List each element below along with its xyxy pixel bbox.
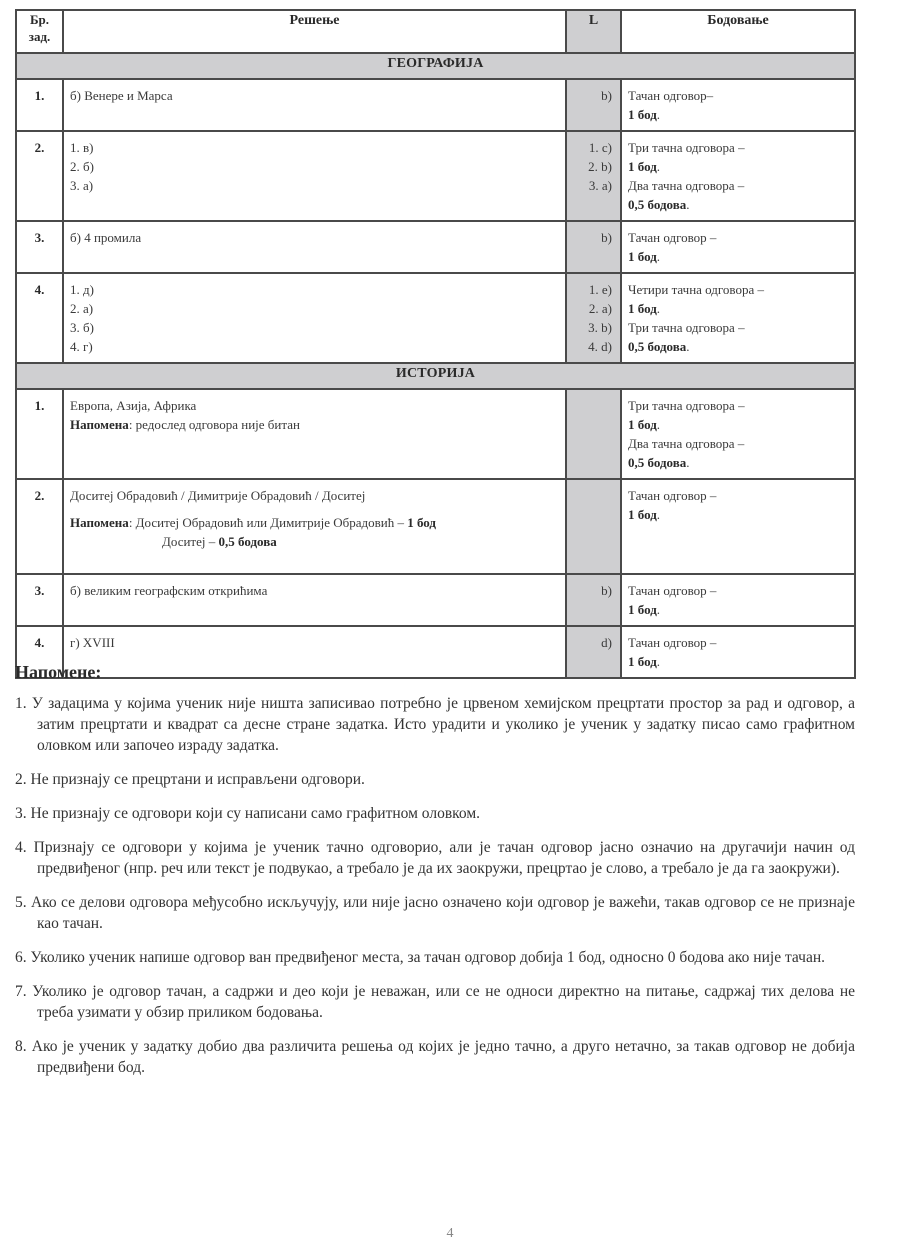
l-answer-cell: b) xyxy=(566,574,621,626)
points-value: 0,5 бодова xyxy=(218,534,276,549)
note-label: Напомена xyxy=(70,515,129,530)
solution-line: 2. б) xyxy=(70,157,559,176)
points-value: 1 бод xyxy=(628,417,657,432)
scoring-text: Три тачна одговора – xyxy=(628,398,745,413)
points-value: 0,5 бодова xyxy=(628,197,686,212)
header-solution: Решење xyxy=(63,10,566,53)
scoring-suffix: . xyxy=(657,249,660,264)
points-value: 1 бод xyxy=(628,602,657,617)
table-row: 3.б) великим географским открићимаb)Тача… xyxy=(16,574,855,626)
l-answer: 1. e) xyxy=(567,280,612,299)
note-item: 2. Не признају се прецртани и исправљени… xyxy=(15,769,855,790)
solution-text: Доситеј Обрадовић / Димитрије Обрадовић … xyxy=(70,488,365,503)
scoring-suffix: . xyxy=(686,197,689,212)
solution-line: Напомена: редослед одговора није битан xyxy=(70,415,559,434)
solution-cell: Европа, Азија, АфрикаНапомена: редослед … xyxy=(63,389,566,479)
task-number: 2. xyxy=(16,131,63,221)
scoring-line: 1 бод. xyxy=(628,247,848,266)
solution-line: 2. а) xyxy=(70,299,559,318)
section-title: ГЕОГРАФИЈА xyxy=(16,53,855,79)
solution-text: г) XVIII xyxy=(70,635,115,650)
scoring-text: Четири тачна одговора – xyxy=(628,282,764,297)
solution-text: : редослед одговора није битан xyxy=(129,417,300,432)
points-value: 1 бод xyxy=(628,107,657,122)
solution-line: 4. г) xyxy=(70,337,559,356)
solution-cell: Доситеј Обрадовић / Димитрије Обрадовић … xyxy=(63,479,566,574)
points-value: 1 бод xyxy=(628,301,657,316)
scoring-cell: Три тачна одговора –1 бод.Два тачна одго… xyxy=(621,131,855,221)
scoring-line: 0,5 бодова. xyxy=(628,453,848,472)
section-header-row: ГЕОГРАФИЈА xyxy=(16,53,855,79)
solution-line: г) XVIII xyxy=(70,633,559,652)
scoring-line: Тачан одговор – xyxy=(628,581,848,600)
l-answer-cell: b) xyxy=(566,79,621,131)
solution-line: б) Венере и Марса xyxy=(70,86,559,105)
table-row: 2.1. в)2. б)3. а)1. c)2. b)3. a)Три тачн… xyxy=(16,131,855,221)
solution-line: 3. б) xyxy=(70,318,559,337)
header-task-number-line2: зад. xyxy=(17,28,62,45)
scoring-cell: Тачан одговор–1 бод. xyxy=(621,79,855,131)
task-number: 3. xyxy=(16,574,63,626)
note-item: 8. Ако је ученик у задатку добио два раз… xyxy=(15,1036,855,1078)
header-l: L xyxy=(566,10,621,53)
scoring-suffix: . xyxy=(657,301,660,316)
note-item: 3. Не признају се одговори који су напис… xyxy=(15,803,855,824)
solution-line: 3. а) xyxy=(70,176,559,195)
note-item: 4. Признају се одговори у којима је учен… xyxy=(15,837,855,879)
task-number: 3. xyxy=(16,221,63,273)
scoring-text: Тачан одговор – xyxy=(628,583,716,598)
solution-line: Европа, Азија, Африка xyxy=(70,396,559,415)
solution-line: Напомена: Доситеј Обрадовић или Димитриј… xyxy=(70,513,559,532)
table-row: 4.1. д)2. а)3. б)4. г)1. e)2. a)3. b)4. … xyxy=(16,273,855,363)
solution-line: 1. д) xyxy=(70,280,559,299)
solution-line: б) великим географским открићима xyxy=(70,581,559,600)
scoring-line: Четири тачна одговора – xyxy=(628,280,848,299)
solution-text: 3. б) xyxy=(70,320,94,335)
l-answer-cell: 1. c)2. b)3. a) xyxy=(566,131,621,221)
solution-cell: б) великим географским открићима xyxy=(63,574,566,626)
page-number: 4 xyxy=(0,1226,900,1242)
solution-text: Европа, Азија, Африка xyxy=(70,398,196,413)
solution-line: 1. в) xyxy=(70,138,559,157)
section-title: ИСТОРИЈА xyxy=(16,363,855,389)
scoring-line: Тачан одговор – xyxy=(628,633,848,652)
points-value: 0,5 бодова xyxy=(628,339,686,354)
scoring-line: 1 бод. xyxy=(628,299,848,318)
scoring-line: Тачан одговор– xyxy=(628,86,848,105)
scoring-text: Два тачна одговора – xyxy=(628,436,744,451)
solution-text: 1. д) xyxy=(70,282,94,297)
notes-section: Напомене: 1. У задацима у којима ученик … xyxy=(15,662,855,1091)
task-number: 1. xyxy=(16,79,63,131)
note-item: 6. Уколико ученик напише одговор ван пре… xyxy=(15,947,855,968)
solution-line: Доситеј – 0,5 бодова xyxy=(70,532,559,551)
solution-text: 2. б) xyxy=(70,159,94,174)
scoring-line: 1 бод. xyxy=(628,105,848,124)
scoring-text: Тачан одговор – xyxy=(628,230,716,245)
scoring-text: Тачан одговор– xyxy=(628,88,713,103)
l-answer: 3. a) xyxy=(567,176,612,195)
scoring-line: 1 бод. xyxy=(628,505,848,524)
solution-cell: 1. д)2. а)3. б)4. г) xyxy=(63,273,566,363)
solution-text: 3. а) xyxy=(70,178,93,193)
l-answer: 2. a) xyxy=(567,299,612,318)
scoring-line: Три тачна одговора – xyxy=(628,318,848,337)
table-row: 2.Доситеј Обрадовић / Димитрије Обрадови… xyxy=(16,479,855,574)
table-header-row: Бр. зад. Решење L Бодовање xyxy=(16,10,855,53)
table-row: 3.б) 4 промилаb)Тачан одговор –1 бод. xyxy=(16,221,855,273)
scoring-line: Два тачна одговора – xyxy=(628,434,848,453)
header-task-number: Бр. зад. xyxy=(16,10,63,53)
scoring-suffix: . xyxy=(657,417,660,432)
l-answer: 2. b) xyxy=(567,157,612,176)
l-answer: 3. b) xyxy=(567,318,612,337)
scoring-suffix: . xyxy=(686,455,689,470)
scoring-line: 1 бод. xyxy=(628,415,848,434)
task-number: 2. xyxy=(16,479,63,574)
header-scoring: Бодовање xyxy=(621,10,855,53)
scoring-line: Два тачна одговора – xyxy=(628,176,848,195)
scoring-line: Тачан одговор – xyxy=(628,486,848,505)
l-answer: b) xyxy=(567,86,612,105)
table-row: 1.б) Венере и Марсаb)Тачан одговор–1 бод… xyxy=(16,79,855,131)
solution-text: 2. а) xyxy=(70,301,93,316)
points-value: 1 бод xyxy=(628,159,657,174)
task-number: 4. xyxy=(16,273,63,363)
solution-text: б) великим географским открићима xyxy=(70,583,267,598)
solution-text: б) 4 промила xyxy=(70,230,141,245)
points-value: 0,5 бодова xyxy=(628,455,686,470)
scoring-line: Тачан одговор – xyxy=(628,228,848,247)
scoring-cell: Тачан одговор –1 бод. xyxy=(621,479,855,574)
scoring-cell: Три тачна одговора –1 бод.Два тачна одго… xyxy=(621,389,855,479)
scoring-suffix: . xyxy=(657,507,660,522)
scoring-table: Бр. зад. Решење L Бодовање ГЕОГРАФИЈА1.б… xyxy=(15,9,856,679)
scoring-line: 1 бод. xyxy=(628,600,848,619)
l-answer-cell xyxy=(566,389,621,479)
l-answer: 1. c) xyxy=(567,138,612,157)
points-value: 1 бод xyxy=(628,507,657,522)
scoring-text: Тачан одговор – xyxy=(628,635,716,650)
solution-cell: б) Венере и Марса xyxy=(63,79,566,131)
note-item: 1. У задацима у којима ученик није ништа… xyxy=(15,693,855,756)
scoring-suffix: . xyxy=(657,107,660,122)
header-task-number-line1: Бр. xyxy=(17,11,62,28)
l-answer-cell xyxy=(566,479,621,574)
scoring-line: 0,5 бодова. xyxy=(628,337,848,356)
l-answer: 4. d) xyxy=(567,337,612,356)
task-number: 1. xyxy=(16,389,63,479)
scoring-line: Три тачна одговора – xyxy=(628,138,848,157)
solution-cell: 1. в)2. б)3. а) xyxy=(63,131,566,221)
l-answer-cell: b) xyxy=(566,221,621,273)
l-answer: d) xyxy=(567,633,612,652)
table-row: 1.Европа, Азија, АфрикаНапомена: редосле… xyxy=(16,389,855,479)
scoring-suffix: . xyxy=(657,602,660,617)
scoring-text: Три тачна одговора – xyxy=(628,320,745,335)
scoring-suffix: . xyxy=(686,339,689,354)
note-item: 7. Уколико је одговор тачан, а садржи и … xyxy=(15,981,855,1023)
table-body: ГЕОГРАФИЈА1.б) Венере и Марсаb)Тачан одг… xyxy=(16,53,855,678)
solution-text: 1. в) xyxy=(70,140,93,155)
solution-text: б) Венере и Марса xyxy=(70,88,173,103)
solution-line: Доситеј Обрадовић / Димитрије Обрадовић … xyxy=(70,486,559,505)
points-value: 1 бод xyxy=(407,515,436,530)
solution-text: 4. г) xyxy=(70,339,93,354)
l-answer: b) xyxy=(567,581,612,600)
solution-text: : Доситеј Обрадовић или Димитрије Обрадо… xyxy=(129,515,407,530)
notes-title: Напомене: xyxy=(15,662,855,683)
scoring-line: 1 бод. xyxy=(628,157,848,176)
notes-list: 1. У задацима у којима ученик није ништа… xyxy=(15,693,855,1078)
scoring-line: 0,5 бодова. xyxy=(628,195,848,214)
section-header-row: ИСТОРИЈА xyxy=(16,363,855,389)
scoring-text: Три тачна одговора – xyxy=(628,140,745,155)
scoring-cell: Тачан одговор –1 бод. xyxy=(621,221,855,273)
scoring-line: Три тачна одговора – xyxy=(628,396,848,415)
scoring-text: Два тачна одговора – xyxy=(628,178,744,193)
solution-cell: б) 4 промила xyxy=(63,221,566,273)
solution-line: б) 4 промила xyxy=(70,228,559,247)
note-item: 5. Ако се делови одговора међусобно искљ… xyxy=(15,892,855,934)
scoring-text: Тачан одговор – xyxy=(628,488,716,503)
scoring-cell: Четири тачна одговора –1 бод.Три тачна о… xyxy=(621,273,855,363)
note-label: Напомена xyxy=(70,417,129,432)
l-answer: b) xyxy=(567,228,612,247)
l-answer-cell: 1. e)2. a)3. b)4. d) xyxy=(566,273,621,363)
points-value: 1 бод xyxy=(628,249,657,264)
scoring-cell: Тачан одговор –1 бод. xyxy=(621,574,855,626)
scoring-suffix: . xyxy=(657,159,660,174)
solution-text: Доситеј – xyxy=(162,534,218,549)
